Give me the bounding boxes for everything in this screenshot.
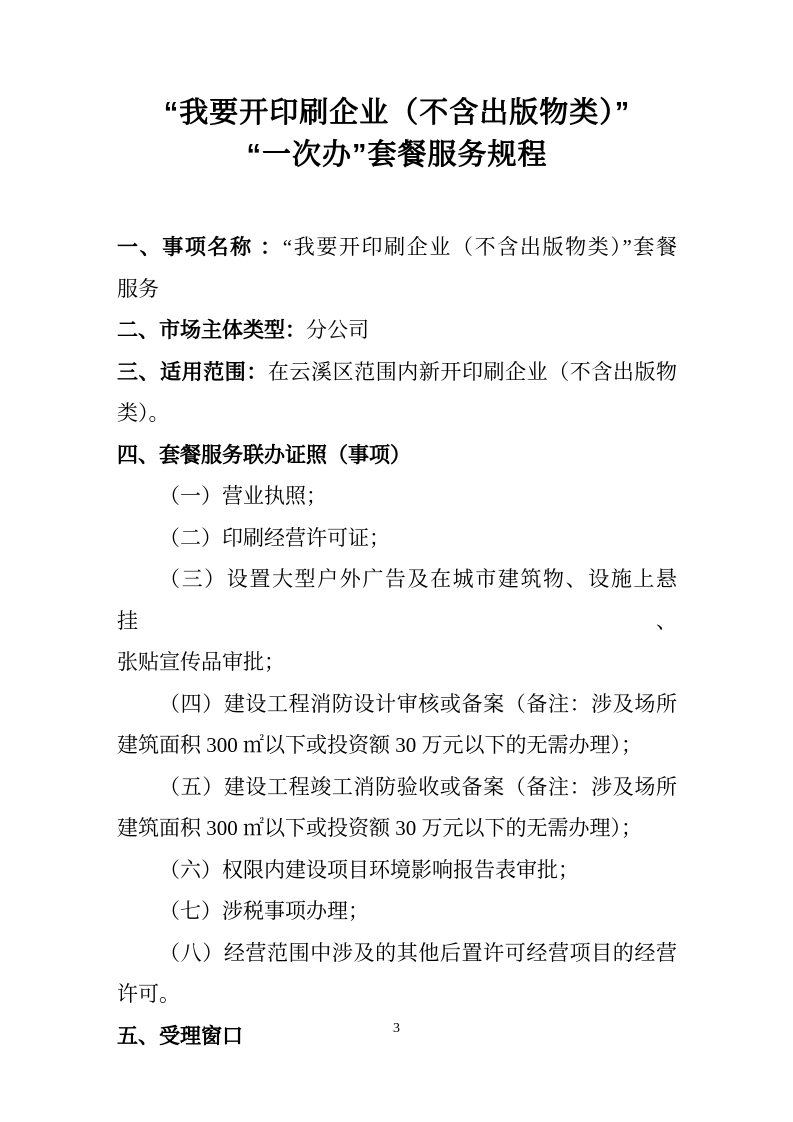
title-line-1: “我要开印刷企业（不含出版物类）” — [117, 92, 677, 134]
list-item-3-line-2: 张贴宣传品审批； — [117, 642, 677, 684]
section-item-name-text: “我要开印刷企业（不含出版物类）”套餐 — [283, 235, 677, 259]
list-item-5-line-2: 建筑面积 300 ㎡以下或投资额 30 万元以下的无需办理）； — [117, 808, 677, 850]
section-item-name-line-2: 服务 — [117, 269, 677, 311]
section-market-entity-type-text: 分公司 — [306, 318, 369, 342]
list-item-3: （三）设置大型户外广告及在城市建筑物、设施上悬挂、 张贴宣传品审批； — [117, 559, 677, 684]
page-number: 3 — [0, 1021, 793, 1037]
list-item-1-line-1: （一）营业执照； — [117, 476, 677, 518]
list-item-8-line-2: 许可。 — [117, 974, 677, 1016]
list-item-8: （八）经营范围中涉及的其他后置许可经营项目的经营 许可。 — [117, 933, 677, 1016]
list-item-4-line-1: （四）建设工程消防设计审核或备案（备注：涉及场所 — [117, 684, 677, 726]
list-item-1: （一）营业执照； — [117, 476, 677, 518]
list-item-6-line-1: （六）权限内建设项目环境影响报告表审批； — [117, 850, 677, 892]
section-item-name-label: 一、事项名称 ： — [117, 236, 283, 259]
list-item-2: （二）印刷经营许可证； — [117, 518, 677, 560]
section-item-name-line-1: 一、事项名称 ：“我要开印刷企业（不含出版物类）”套餐 — [117, 227, 677, 269]
document-content: “我要开印刷企业（不含出版物类）” “一次办”套餐服务规程 一、事项名称 ：“我… — [0, 0, 793, 1057]
list-item-7-line-1: （七）涉税事项办理； — [117, 891, 677, 933]
section-market-entity-type: 二、市场主体类型：分公司 — [117, 310, 677, 352]
document-page: “我要开印刷企业（不含出版物类）” “一次办”套餐服务规程 一、事项名称 ：“我… — [0, 0, 793, 1122]
list-item-3-line-1: （三）设置大型户外广告及在城市建筑物、设施上悬挂、 — [117, 559, 677, 642]
title-line-2: “一次办”套餐服务规程 — [117, 134, 677, 176]
list-item-5: （五）建设工程竣工消防验收或备案（备注：涉及场所 建筑面积 300 ㎡以下或投资… — [117, 767, 677, 850]
list-item-4: （四）建设工程消防设计审核或备案（备注：涉及场所 建筑面积 300 ㎡以下或投资… — [117, 684, 677, 767]
list-item-2-line-1: （二）印刷经营许可证； — [117, 518, 677, 560]
section-applicable-scope-line-1: 三、适用范围：在云溪区范围内新开印刷企业（不含出版物 — [117, 352, 677, 394]
section-applicable-scope-text: 在云溪区范围内新开印刷企业（不含出版物 — [268, 360, 677, 384]
section-item-name: 一、事项名称 ：“我要开印刷企业（不含出版物类）”套餐 服务 — [117, 227, 677, 310]
list-item-7: （七）涉税事项办理； — [117, 891, 677, 933]
list-item-5-line-1: （五）建设工程竣工消防验收或备案（备注：涉及场所 — [117, 767, 677, 809]
list-item-4-line-2: 建筑面积 300 ㎡以下或投资额 30 万元以下的无需办理）； — [117, 725, 677, 767]
list-item-8-line-1: （八）经营范围中涉及的其他后置许可经营项目的经营 — [117, 933, 677, 975]
section-applicable-scope-label: 三、适用范围： — [117, 361, 268, 384]
list-item-6: （六）权限内建设项目环境影响报告表审批； — [117, 850, 677, 892]
section-bundle-licenses-heading: 四、套餐服务联办证照（事项） — [117, 435, 677, 477]
document-title: “我要开印刷企业（不含出版物类）” “一次办”套餐服务规程 — [117, 92, 677, 176]
section-market-entity-type-line: 二、市场主体类型：分公司 — [117, 310, 677, 352]
section-market-entity-type-label: 二、市场主体类型： — [117, 319, 306, 342]
section-applicable-scope: 三、适用范围：在云溪区范围内新开印刷企业（不含出版物 类）。 — [117, 352, 677, 435]
section-bundle-licenses-label: 四、套餐服务联办证照（事项） — [117, 444, 411, 467]
section-applicable-scope-line-2: 类）。 — [117, 393, 677, 435]
